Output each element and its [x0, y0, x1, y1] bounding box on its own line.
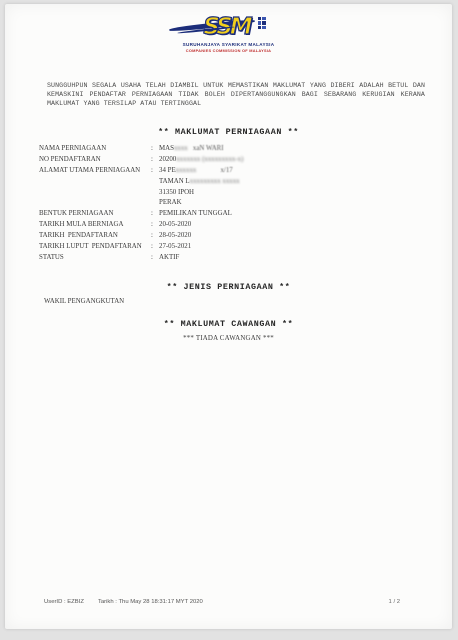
redacted-text: xaN WARI	[193, 145, 224, 152]
value-text: AKTIF	[159, 254, 179, 261]
field-label: TARIKH LUPUT PENDAFTARAN	[39, 243, 151, 250]
logo-squares-icon	[258, 17, 266, 29]
logo-name-malay: SURUHANJAYA SYARIKAT MALAYSIA	[5, 42, 452, 47]
disclaimer-text: SUNGGUHPUN SEGALA USAHA TELAH DIAMBIL UN…	[47, 81, 425, 109]
page-footer: UserID : EZBIZ Tarikh : Thu May 28 18:31…	[44, 599, 452, 605]
value-text: TAMAN L	[159, 178, 190, 185]
field-label: NO PENDAFTARAN	[39, 156, 151, 163]
field-value: MASxxxx xaN WARI	[159, 145, 428, 152]
value-text: 27-05-2021	[159, 243, 191, 250]
field-value: 20200xxxxxxx (xxxxxxxxx-x)	[159, 156, 428, 163]
redacted-text: xxxxxxxxx xxxxx	[190, 178, 240, 185]
redacted-text: xxxxxxx (xxxxxxxxx-x)	[176, 156, 243, 163]
field-row: TARIKH MULA BERNIAGA:20-05-2020	[39, 221, 428, 232]
business-type-item: WAKIL PENGANGKUTAN	[44, 298, 124, 305]
field-colon: :	[151, 232, 159, 239]
field-row: ALAMAT UTAMA PERNIAGAAN:34 PExxxxxx x/17	[39, 167, 428, 178]
field-value: 20-05-2020	[159, 221, 428, 228]
value-text: 28-05-2020	[159, 232, 191, 239]
value-text: PERAK	[159, 199, 182, 206]
logo-name-english: COMPANIES COMMISSION OF MALAYSIA	[5, 48, 452, 53]
business-info-fields: NAMA PERNIAGAAN:MASxxxx xaN WARINO PENDA…	[39, 145, 428, 265]
redacted-text: x/17	[220, 167, 232, 174]
field-colon: :	[151, 156, 159, 163]
field-colon: :	[151, 167, 159, 174]
footer-date: Tarikh : Thu May 28 18:31:17 MYT 2020	[98, 599, 389, 605]
field-label: ALAMAT UTAMA PERNIAGAAN	[39, 167, 151, 174]
section-title-branch-info: ** MAKLUMAT CAWANGAN **	[5, 319, 452, 329]
field-row: 31350 IPOH	[39, 189, 428, 200]
field-value: 31350 IPOH	[159, 189, 428, 196]
field-colon: :	[151, 243, 159, 250]
field-label: STATUS	[39, 254, 151, 261]
value-text: 31350 IPOH	[159, 189, 194, 196]
redacted-text: xxxxxx	[176, 167, 197, 174]
field-label: NAMA PERNIAGAAN	[39, 145, 151, 152]
document-page: SSM SURUHANJAYA SYARIKAT MALAYSIA COMPAN…	[5, 4, 452, 629]
footer-page-number: 1 / 2	[389, 599, 400, 605]
value-text: 20-05-2020	[159, 221, 191, 228]
field-value: PEMILIKAN TUNGGAL	[159, 210, 428, 217]
field-label: BENTUK PERNIAGAAN	[39, 210, 151, 217]
field-label: TARIKH PENDAFTARAN	[39, 232, 151, 239]
value-text: PEMILIKAN TUNGGAL	[159, 210, 232, 217]
section-title-business-info: ** MAKLUMAT PERNIAGAAN **	[5, 127, 452, 137]
field-colon: :	[151, 221, 159, 228]
field-row: TARIKH LUPUT PENDAFTARAN:27-05-2021	[39, 243, 428, 254]
field-row: TARIKH PENDAFTARAN:28-05-2020	[39, 232, 428, 243]
value-text	[196, 167, 220, 174]
field-colon: :	[151, 210, 159, 217]
field-value: PERAK	[159, 199, 428, 206]
field-colon: :	[151, 145, 159, 152]
value-text: MAS	[159, 145, 174, 152]
field-value: AKTIF	[159, 254, 428, 261]
field-colon: :	[151, 254, 159, 261]
branch-info-note: *** TIADA CAWANGAN ***	[5, 335, 452, 342]
field-value: 27-05-2021	[159, 243, 428, 250]
field-value: 28-05-2020	[159, 232, 428, 239]
field-row: NO PENDAFTARAN:20200xxxxxxx (xxxxxxxxx-x…	[39, 156, 428, 167]
field-row: STATUS:AKTIF	[39, 254, 428, 265]
section-title-business-type: ** JENIS PERNIAGAAN **	[5, 282, 452, 292]
field-row: BENTUK PERNIAGAAN:PEMILIKAN TUNGGAL	[39, 210, 428, 221]
field-label: TARIKH MULA BERNIAGA	[39, 221, 151, 228]
field-value: 34 PExxxxxx x/17	[159, 167, 428, 174]
field-row: NAMA PERNIAGAAN:MASxxxx xaN WARI	[39, 145, 428, 156]
ssm-logo: SSM SURUHANJAYA SYARIKAT MALAYSIA COMPAN…	[5, 16, 452, 53]
field-row: TAMAN Lxxxxxxxxx xxxxx	[39, 178, 428, 189]
redacted-text: xxxx	[174, 145, 188, 152]
field-value: TAMAN Lxxxxxxxxx xxxxx	[159, 178, 428, 185]
value-text: 20200	[159, 156, 176, 163]
value-text: 34 PE	[159, 167, 176, 174]
field-row: PERAK	[39, 199, 428, 210]
ssm-logo-mark: SSM	[203, 16, 253, 39]
footer-user-id: UserID : EZBIZ	[44, 599, 84, 605]
